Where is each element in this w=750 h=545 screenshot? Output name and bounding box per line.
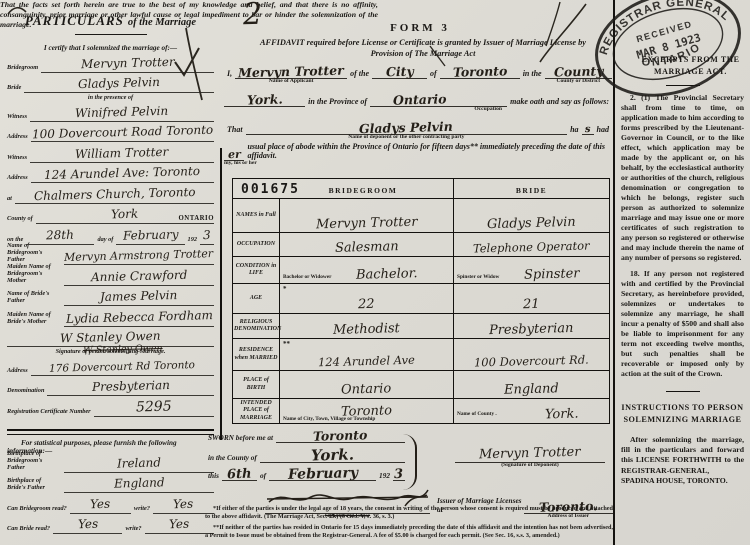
excerpts-paragraph-18: 18. If any person not registered with an…: [621, 269, 744, 379]
birthplace-groom-cell: Ontario: [280, 371, 454, 399]
residence-groom-cell: ** 124 Arundel Ave: [280, 339, 454, 371]
sworn-line-3: this 6th of February 192 3: [205, 467, 405, 481]
double-rule: [7, 429, 214, 435]
in-the-printed: in the: [520, 69, 545, 79]
day-line: 28th: [26, 226, 94, 245]
field-groom-mother: Maiden Name of Bridegroom's Mother Annie…: [7, 272, 214, 286]
her-handwriting: er: [228, 149, 241, 160]
county-value-handwriting: York.: [247, 94, 283, 107]
witness2-handwriting: William Trotter: [75, 145, 169, 159]
religion-bride-handwriting: Presbyterian: [489, 322, 574, 337]
table-row-birthplace: PLACE of BIRTH Ontario England: [233, 371, 610, 399]
names-row-label: NAMES in Full: [233, 199, 280, 233]
province-blank: Ontario: [370, 94, 469, 107]
sworn-of-printed: of: [257, 471, 269, 481]
field-address1: Address 100 Dovercourt Road Toronto: [7, 128, 214, 142]
bride-mother-line: Lydia Rebecca Fordham: [64, 308, 214, 327]
intro-line-3: That Gladys Pelvin Name of deponent or t…: [224, 122, 612, 135]
instructions-rule: [666, 391, 700, 392]
sworn-county-blank: York.: [260, 448, 405, 463]
condition-bride-handwriting: Spinster: [524, 267, 580, 281]
occupation-blank: Occupation: [469, 106, 507, 107]
bride-name-handwriting: Gladys Pelvin: [78, 76, 160, 90]
bridegroom-line: Mervyn Trotter: [41, 54, 214, 73]
occupation-blank-label: Occupation: [469, 106, 507, 112]
address3-label: Address: [7, 368, 31, 376]
denomination-label: Denomination: [7, 388, 47, 396]
intended-place-groom-sublabel: Name of City, Town, Village or Township: [283, 416, 375, 422]
her-blank: er my, his or her: [224, 149, 244, 161]
abode-printed: usual place of abode within the Province…: [244, 142, 612, 161]
witness1-label: Witness: [7, 114, 30, 122]
bridegroom-name-handwriting: Mervyn Trotter: [81, 55, 175, 69]
names-groom-handwriting: Mervyn Trotter: [316, 216, 418, 232]
sworn-day-handwriting: 6th: [227, 468, 252, 482]
age-groom-cell: * 22: [280, 284, 454, 314]
table-row-occupation: OCCUPATION Salesman Telephone Operator: [233, 233, 610, 257]
field-registration-number: Registration Certificate Number 5295: [7, 403, 214, 417]
dayof-label: day of: [94, 237, 116, 245]
sworn-line-2: in the County of York.: [205, 448, 405, 463]
can-bride-label: Can Bride read?: [7, 526, 53, 534]
sworn-month-handwriting: February: [287, 466, 357, 482]
deponent-signature-block: Mervyn Trotter (Signature of Deponent): [455, 444, 605, 463]
residence-groom-handwriting: 124 Arundel Ave: [318, 355, 415, 369]
age-bride-handwriting: 21: [523, 298, 540, 311]
condition-groom-handwriting: Bachelor.: [356, 267, 418, 282]
age-row-label: AGE: [233, 284, 280, 314]
can-bride-read-handwriting: Yes: [78, 518, 98, 531]
residence-footnote-mark: **: [283, 340, 290, 348]
field-church: at Chalmers Church, Toronto: [7, 190, 214, 204]
religion-groom-handwriting: Methodist: [333, 322, 400, 337]
birthplace-bride-handwriting: England: [504, 382, 559, 396]
names-groom-cell: Mervyn Trotter: [280, 199, 454, 233]
birthplace-row-label: PLACE of BIRTH: [233, 371, 280, 399]
particulars-title-main: PARTICULARS: [25, 13, 124, 28]
field-date: on the 28th day of February 192 3: [7, 231, 214, 245]
condition-bride-cell: Spinster or Widow Spinster: [454, 257, 610, 284]
table-row-religion: RELIGIOUS DENOMINATION Methodist Presbyt…: [233, 314, 610, 339]
condition-groom-sublabel: Bachelor or Widower: [283, 274, 331, 280]
form-title: FORM 3: [232, 22, 608, 34]
city-word-handwriting: City: [385, 66, 413, 79]
of-printed: of: [427, 69, 440, 79]
field-denomination: Denomination Presbyterian: [7, 382, 214, 396]
footnote-2: **If neither of the parties has resided …: [205, 524, 613, 540]
intended-place-bride-sublabel: Name of County .: [457, 411, 497, 417]
can-groom-label: Can Bridegroom read?: [7, 506, 70, 514]
address3-line: W Stanley Owen 176 Dovercourt Rd Toronto: [31, 339, 214, 376]
can-groom-read-handwriting: Yes: [90, 497, 110, 510]
registration-number-handwriting: 5295: [136, 399, 172, 414]
intro-line-1: I, Mervyn Trotter Name of Applicant of t…: [224, 66, 612, 79]
age-bride-cell: 21: [454, 284, 610, 314]
sworn-block: SWORN before me at Toronto in the County…: [205, 430, 613, 481]
sworn-county-printed: in the County of: [205, 453, 260, 463]
table-header-row: 001675 BRIDEGROOM BRIDE: [233, 179, 610, 199]
year-line: 3: [200, 226, 214, 245]
age-groom-handwriting: 22: [358, 298, 375, 311]
field-bride-mother: Maiden Name of Bride's Mother Lydia Rebe…: [7, 313, 214, 327]
applicant-blank: Mervyn Trotter Name of Applicant: [235, 66, 347, 79]
intended-place-groom-cell: Toronto Name of City, Town, Village or T…: [280, 399, 454, 424]
intended-place-row-label: INTENDED PLACE of MARRIAGE: [233, 399, 280, 424]
oath-printed: make oath and say as follows:: [507, 97, 612, 107]
condition-groom-cell: Bachelor or Widower Bachelor.: [280, 257, 454, 284]
her-blank-label: my, his or her: [224, 160, 244, 166]
can-groom-read-line: Yes: [70, 495, 131, 514]
field-witness1: Witness Winifred Pelvin: [7, 108, 214, 122]
has-handwriting: s: [585, 125, 591, 135]
occupation-bride-handwriting: Telephone Operator: [473, 240, 590, 255]
groom-mother-line: Annie Crawford: [64, 267, 214, 286]
condition-row-label: CONDITION in LIFE: [233, 257, 280, 284]
deponent-blank-label: Name of deponent or the other contractin…: [246, 134, 568, 140]
address3-handwriting: 176 Dovercourt Rd Toronto: [49, 360, 195, 374]
sworn-at-blank: Toronto: [276, 430, 405, 443]
witness2-line: William Trotter: [30, 144, 214, 163]
witness1-handwriting: Winifred Pelvin: [75, 104, 168, 118]
affidavit-heading-line1: AFFIDAVIT required before License or Cer…: [232, 38, 614, 49]
table-row-intended-place: INTENDED PLACE of MARRIAGE Toronto Name …: [233, 399, 610, 424]
address2-handwriting: 124 Arundel Ave: Toronto: [44, 165, 200, 181]
bride-line: Gladys Pelvin: [24, 74, 214, 93]
table-row-names: NAMES in Full Mervyn Trotter Gladys Pelv…: [233, 199, 610, 233]
left-column-divider: [220, 148, 222, 440]
bride-father-label: Name of Bride's Father: [7, 291, 64, 306]
stat-bride-father-label: Birthplace of Bride's Father: [7, 478, 64, 493]
church-line: Chalmers Church, Toronto: [15, 185, 214, 204]
table-row-condition: CONDITION in LIFE Bachelor or Widower Ba…: [233, 257, 610, 284]
groom-father-label: Name of Bridegroom's Father: [7, 243, 64, 265]
address1-line: 100 Dovercourt Road Toronto: [31, 123, 214, 142]
field-address2: Address 124 Arundel Ave: Toronto: [7, 169, 214, 183]
deponent-signature-handwriting: Mervyn Trotter: [479, 446, 581, 462]
sworn-year-printed: 192: [376, 471, 393, 481]
particulars-section: PARTICULARS of the Marriage I certify th…: [7, 4, 214, 534]
bride-father-line: James Pelvin: [64, 287, 214, 306]
bride-father-handwriting: James Pelvin: [100, 289, 178, 303]
intended-place-bride-cell: Name of County . York.: [454, 399, 610, 424]
intro-line-2: York. in the Province of Ontario Occupat…: [224, 94, 612, 107]
applicant-blank-label: Name of Applicant: [235, 78, 347, 84]
can-bride-write-handwriting: Yes: [169, 518, 189, 531]
birthplace-groom-handwriting: Ontario: [341, 382, 392, 396]
denomination-line: Presbyterian: [47, 377, 214, 396]
affidavit-heading-line2: Provision of The Marriage Act: [232, 49, 614, 60]
can-bride-write-line: Yes: [145, 515, 214, 534]
address2-label: Address: [7, 175, 31, 183]
religion-row-label: RELIGIOUS DENOMINATION: [233, 314, 280, 339]
church-handwriting: Chalmers Church, Toronto: [34, 185, 196, 201]
address2-line: 124 Arundel Ave: Toronto: [31, 164, 214, 183]
excerpts-paragraph-2-1: 2. (1) The Provincial Secretary shall fr…: [621, 93, 744, 263]
groom-mother-label: Maiden Name of Bridegroom's Mother: [7, 264, 64, 286]
residence-row-label: RESIDENCE when MARRIED: [233, 339, 280, 371]
birthplace-bride-cell: England: [454, 371, 610, 399]
at-label: at: [7, 196, 15, 204]
groom-father-line: Mervyn Armstrong Trotter: [64, 246, 214, 265]
sworn-at-printed: SWORN before me at: [205, 433, 276, 443]
age-footnote-mark: *: [283, 285, 287, 293]
can-groom-write-handwriting: Yes: [173, 497, 193, 510]
city-value-blank: Toronto: [440, 66, 520, 79]
groom-write-label: write?: [131, 506, 153, 514]
sworn-this-printed: this: [205, 471, 222, 481]
presence-caption: in the presence of: [7, 94, 214, 101]
bride-mother-handwriting: Lydia Rebecca Fordham: [65, 309, 212, 325]
occupation-bride-cell: Telephone Operator: [454, 233, 610, 257]
religion-groom-cell: Methodist: [280, 314, 454, 339]
stat-bride-father-line: England: [64, 474, 214, 493]
marriage-affidavit-document: PARTICULARS of the Marriage I certify th…: [0, 0, 750, 545]
affidavit-heading: AFFIDAVIT required before License or Cer…: [232, 38, 614, 60]
sworn-at-handwriting: Toronto: [313, 429, 368, 443]
city-value-handwriting: Toronto: [452, 65, 507, 79]
ontario-printed: ONTARIO: [179, 215, 214, 222]
field-bride: Bride Gladys Pelvin: [7, 79, 214, 93]
month-line: February: [116, 226, 184, 245]
footnote-1: *If either of the parties is under the l…: [205, 505, 613, 521]
field-bridegroom: Bridegroom Mervyn Trotter: [7, 59, 214, 73]
province-printed: in the Province of: [305, 97, 370, 107]
condition-bride-sublabel: Spinster or Widow: [457, 274, 499, 280]
that-printed: That: [224, 125, 246, 135]
field-witness2: Witness William Trotter: [7, 149, 214, 163]
stat-groom-father-handwriting: Ireland: [117, 456, 161, 469]
address1-handwriting: 100 Dovercourt Road Toronto: [32, 124, 213, 141]
names-bride-cell: Gladys Pelvin: [454, 199, 610, 233]
registration-number-line: 5295: [94, 398, 214, 417]
month-handwriting: February: [123, 228, 179, 241]
field-can-groom: Can Bridegroom read? Yes write? Yes: [7, 500, 214, 514]
county-label: County of: [7, 216, 36, 224]
religion-bride-cell: Presbyterian: [454, 314, 610, 339]
sworn-month-blank: February: [269, 467, 376, 481]
field-can-bride: Can Bride read? Yes write? Yes: [7, 520, 214, 534]
field-bride-father: Name of Bride's Father James Pelvin: [7, 292, 214, 306]
bride-column-header: BRIDE: [454, 181, 609, 198]
title-rule: [75, 34, 147, 35]
county-line: York ONTARIO: [36, 205, 214, 224]
bridegroom-label: Bridegroom: [7, 65, 41, 73]
field-stat-bride-father: Birthplace of Bride's Father England: [7, 479, 214, 493]
sworn-day-blank: 6th: [222, 468, 257, 481]
witness2-label: Witness: [7, 155, 30, 163]
bridegroom-bride-table: 001675 BRIDEGROOM BRIDE NAMES in Full Me…: [232, 178, 610, 424]
county-handwriting: York: [111, 208, 138, 221]
instructions-text: After solemnizing the marriage, fill in …: [621, 435, 744, 487]
table-row-residence: RESIDENCE when MARRIED ** 124 Arundel Av…: [233, 339, 610, 371]
ha-printed: ha: [567, 125, 581, 135]
groom-mother-handwriting: Annie Crawford: [91, 268, 188, 283]
field-stat-groom-father: Birthplace of Bridegroom's Father Irelan…: [7, 459, 214, 473]
particulars-title-rest: of the Marriage: [128, 17, 196, 28]
stat-bride-father-handwriting: England: [114, 476, 165, 489]
can-bride-read-line: Yes: [53, 515, 122, 534]
occupation-groom-handwriting: Salesman: [335, 240, 399, 255]
address1-label: Address: [7, 134, 31, 142]
handwritten-page-number: 2: [243, 0, 263, 30]
sworn-line-1: SWORN before me at Toronto: [205, 430, 405, 443]
address3-struck-handwriting: W Stanley Owen: [82, 343, 162, 355]
instructions-title: INSTRUCTIONS TO PERSON SOLEMNIZING MARRI…: [621, 402, 744, 427]
province-handwriting: Ontario: [393, 93, 447, 107]
intended-place-bride-handwriting: York.: [545, 408, 579, 422]
bride-mother-label: Maiden Name of Bride's Mother: [7, 312, 64, 327]
bride-label: Bride: [7, 85, 24, 93]
year-printed: 192: [185, 237, 200, 245]
deponent-signature-label: (Signature of Deponent): [455, 462, 605, 468]
stat-groom-father-label: Birthplace of Bridegroom's Father: [7, 451, 64, 473]
particulars-title: PARTICULARS of the Marriage: [7, 12, 214, 30]
field-county: County of York ONTARIO: [7, 210, 214, 224]
year-handwriting: 3: [203, 228, 211, 240]
city-word-blank: City: [372, 66, 427, 79]
intro-line-4: er my, his or her usual place of abode w…: [224, 142, 612, 161]
registration-number-label: Registration Certificate Number: [7, 409, 94, 417]
certify-line: I certify that I solemnized the marriage…: [7, 44, 214, 52]
denomination-handwriting: Presbyterian: [92, 379, 170, 393]
occupation-groom-cell: Salesman: [280, 233, 454, 257]
sworn-brace: [403, 434, 417, 490]
table-row-age: AGE * 22 21: [233, 284, 610, 314]
field-solemnizer-address: Address W Stanley Owen 176 Dovercourt Rd…: [7, 362, 214, 376]
sworn-county-handwriting: York.: [311, 447, 354, 463]
bride-write-label: write?: [122, 526, 144, 534]
bridegroom-header-cell: 001675 BRIDEGROOM: [233, 179, 454, 199]
stat-groom-father-line: Ireland: [64, 454, 214, 473]
residence-bride-cell: 100 Dovercourt Rd.: [454, 339, 610, 371]
bride-header-cell: BRIDE: [454, 179, 610, 199]
serial-number-stamp: 001675: [241, 182, 300, 197]
of-the-printed: of the: [347, 69, 372, 79]
groom-father-handwriting: Mervyn Armstrong Trotter: [64, 248, 213, 263]
county-value-blank: York.: [224, 94, 305, 107]
deponent-signature-blank: Mervyn Trotter (Signature of Deponent): [455, 444, 605, 463]
names-bride-handwriting: Gladys Pelvin: [487, 216, 576, 231]
day-handwriting: 28th: [46, 228, 74, 241]
occupation-row-label: OCCUPATION: [233, 233, 280, 257]
has-blank: s: [582, 125, 594, 135]
deponent-blank: Gladys Pelvin Name of deponent or the ot…: [246, 122, 568, 135]
i-comma-printed: I,: [224, 69, 235, 79]
had-printed: had: [594, 125, 612, 135]
residence-bride-handwriting: 100 Dovercourt Rd.: [474, 354, 589, 369]
witness1-line: Winifred Pelvin: [30, 103, 214, 122]
